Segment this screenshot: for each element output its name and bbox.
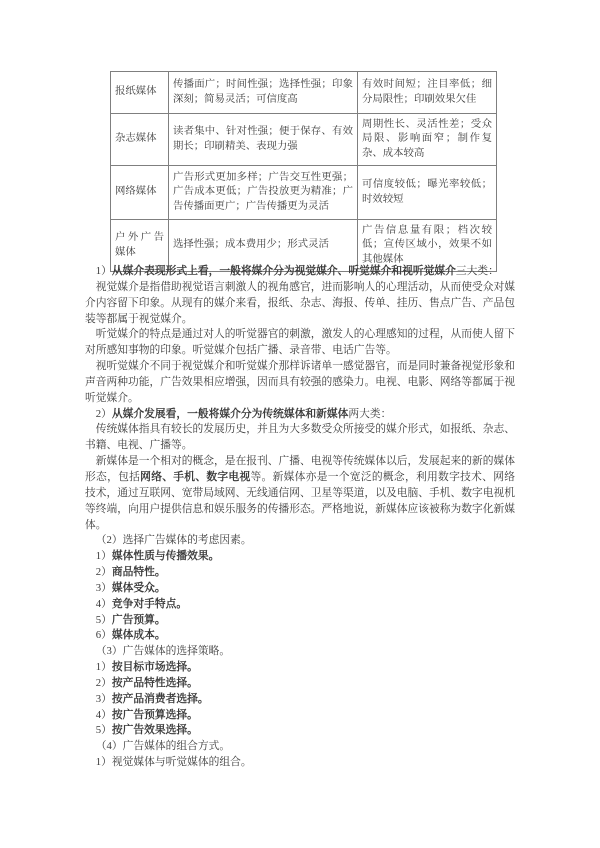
item-number: 4） xyxy=(96,598,112,610)
media-type-cell: 网络媒体 xyxy=(111,166,169,220)
item-number: 3） xyxy=(96,582,112,594)
paragraph-traditional-media: 传统媒体指具有较长的发展历史，并且为大多数受众所接受的媒介形式，如报纸、杂志、书… xyxy=(85,422,515,454)
strategy-item: 2）按产品特性选择。 xyxy=(85,676,515,692)
media-comparison-table: 报纸媒体 传播面广；时间性强；选择性强；印象深刻；简易灵活；可信度高 有效时间短… xyxy=(110,71,497,272)
item-number: 1） xyxy=(96,661,112,673)
item-text: 媒体受众。 xyxy=(112,582,166,594)
factor-item: 6）媒体成本。 xyxy=(85,628,515,644)
item-text: 媒体性质与传播效果。 xyxy=(112,550,220,562)
item-text: 商品特性。 xyxy=(112,566,166,578)
table-row-internet: 网络媒体 广告形式更加多样；广告交互性更强；广告成本更低；广告投放更为精准；广告… xyxy=(111,166,497,220)
heading-bold-text: 从媒介发展看，一般将媒介分为传统媒体和新媒体 xyxy=(112,408,349,420)
advantages-cell: 广告形式更加多样；广告交互性更强；广告成本更低；广告投放更为精准；广告传播面更广… xyxy=(169,166,358,220)
factor-item: 1）媒体性质与传播效果。 xyxy=(85,549,515,565)
factor-item: 4）竞争对手特点。 xyxy=(85,597,515,613)
heading-number: 1） xyxy=(96,265,112,277)
item-text: 媒体成本。 xyxy=(112,629,166,641)
heading-number: 2） xyxy=(96,408,112,420)
new-media-bold-terms: 网络、手机、数字电视 xyxy=(140,471,250,483)
factor-item: 5）广告预算。 xyxy=(85,613,515,629)
item-number: 3） xyxy=(96,693,112,705)
media-type-cell: 报纸媒体 xyxy=(111,72,169,114)
disadvantages-cell: 周期性长、灵活性差；受众局限、影响面窄；制作复杂、成本较高 xyxy=(358,114,497,166)
item-text: 按产品消费者选择。 xyxy=(112,693,209,705)
table-row-newspaper: 报纸媒体 传播面广；时间性强；选择性强；印象深刻；简易灵活；可信度高 有效时间短… xyxy=(111,72,497,114)
item-number: 5） xyxy=(96,614,112,626)
paragraph-auditory-media: 听觉媒介的特点是通过对人的听觉器官的刺激，激发人的心理感知的过程，从而使人留下对… xyxy=(85,327,515,359)
disadvantages-cell: 有效时间短；注目率低；细分局限性；印刷效果欠佳 xyxy=(358,72,497,114)
item-text: 按产品特性选择。 xyxy=(112,677,198,689)
strategies-heading: （3）广告媒体的选择策略。 xyxy=(85,644,515,660)
item-number: 4） xyxy=(96,709,112,721)
item-number: 6） xyxy=(96,629,112,641)
strategy-item: 3）按产品消费者选择。 xyxy=(85,692,515,708)
advantages-cell: 读者集中、针对性强；便于保存、有效期长；印刷精美、表现力强 xyxy=(169,114,358,166)
item-text: 竞争对手特点。 xyxy=(112,598,187,610)
strategy-item: 5）按广告效果选择。 xyxy=(85,723,515,739)
item-text: 按广告效果选择。 xyxy=(112,724,198,736)
paragraph-visual-media: 视觉媒介是指借助视觉语言刺激人的视角感官，进而影响人的心理活动，从而使受众对媒介… xyxy=(85,280,515,328)
table-row-magazine: 杂志媒体 读者集中、针对性强；便于保存、有效期长；印刷精美、表现力强 周期性长、… xyxy=(111,114,497,166)
strategy-item: 1）按目标市场选择。 xyxy=(85,660,515,676)
item-number: 2） xyxy=(96,677,112,689)
factors-heading: （2）选择广告媒体的考虑因素。 xyxy=(85,533,515,549)
item-text: 按目标市场选择。 xyxy=(112,661,198,673)
heading-tail: 三大类： xyxy=(456,265,499,277)
paragraph-audiovisual-media: 视听觉媒介不同于视觉媒介和听觉媒介那样诉诸单一感觉器官，而是同时兼备视觉形象和声… xyxy=(85,359,515,407)
combination-item: 1）视觉媒体与听觉媒体的组合。 xyxy=(85,755,515,771)
advantages-cell: 传播面广；时间性强；选择性强；印象深刻；简易灵活；可信度高 xyxy=(169,72,358,114)
section-2-heading: 2）从媒介发展看，一般将媒介分为传统媒体和新媒体两大类： xyxy=(85,407,515,423)
factor-item: 2）商品特性。 xyxy=(85,565,515,581)
disadvantages-cell: 可信度较低；曝光率较低；时效较短 xyxy=(358,166,497,220)
item-text: 按广告预算选择。 xyxy=(112,709,198,721)
media-type-cell: 杂志媒体 xyxy=(111,114,169,166)
combinations-heading: （4）广告媒体的组合方式。 xyxy=(85,739,515,755)
item-text: 广告预算。 xyxy=(112,614,166,626)
item-number: 5） xyxy=(96,724,112,736)
heading-tail: 两大类： xyxy=(348,408,391,420)
heading-bold-text: 从媒介表现形式上看，一般将媒介分为视觉媒介、听觉媒介和视听觉媒介 xyxy=(112,265,456,277)
section-1-heading: 1）从媒介表现形式上看，一般将媒介分为视觉媒介、听觉媒介和视听觉媒介三大类： xyxy=(85,264,515,280)
document-body: 1）从媒介表现形式上看，一般将媒介分为视觉媒介、听觉媒介和视听觉媒介三大类： 视… xyxy=(85,264,515,771)
factor-item: 3）媒体受众。 xyxy=(85,581,515,597)
document-page: 报纸媒体 传播面广；时间性强；选择性强；印象深刻；简易灵活；可信度高 有效时间短… xyxy=(0,0,600,848)
item-number: 1） xyxy=(96,550,112,562)
item-number: 2） xyxy=(96,566,112,578)
paragraph-new-media: 新媒体是一个相对的概念，是在报刊、广播、电视等传统媒体以后，发展起来的新的媒体形… xyxy=(85,454,515,533)
strategy-item: 4）按广告预算选择。 xyxy=(85,708,515,724)
